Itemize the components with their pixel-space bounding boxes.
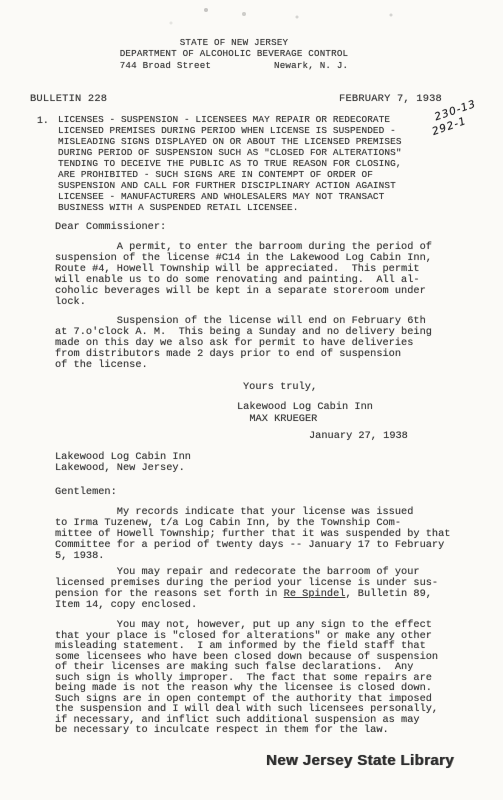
item-headnote: LICENSES - SUSPENSION - LICENSEES MAY RE… [58,114,402,213]
bulletin-number: BULLETIN 228 [30,93,107,105]
letterhead-department-line: DEPARTMENT OF ALCOHOLIC BEVERAGE CONTROL [28,48,440,59]
salutation-gentlemen: Gentlemen: [55,486,117,498]
bulletin-date: FEBRUARY 7, 1938 [339,93,442,105]
letter2-recipient-address: Lakewood Log Cabin Inn Lakewood, New Jer… [55,452,191,474]
letter2-paragraph-1: My records indicate that your license wa… [55,507,450,562]
salutation-commissioner: Dear Commissioner: [55,221,166,233]
letter1-signature-block: Lakewood Log Cabin Inn MAX KRUEGER [237,402,373,425]
letter1-paragraph-2: Suspension of the license will end on Fe… [55,316,432,371]
library-stamp: New Jersey State Library [266,752,454,769]
letter2-paragraph-3: You may not, however, put up any sign to… [55,620,438,736]
bulletin-row: BULLETIN 228 FEBRUARY 7, 1938 [30,93,442,105]
letter1-paragraph-1: A permit, to enter the barroom during th… [55,242,432,308]
letter2-paragraph-2: You may repair and redecorate the barroo… [55,567,438,611]
letterhead-address-line: 744 Broad Street Newark, N. J. [28,60,440,71]
letter1-closing: Yours truly, [243,381,317,393]
document-page: STATE OF NEW JERSEY DEPARTMENT OF ALCOHO… [0,0,503,800]
item-number: 1. [37,115,49,126]
letter2-date: January 27, 1938 [309,430,408,442]
letterhead-state-line: STATE OF NEW JERSEY [28,37,440,48]
paragraph2-citation: Re Spindel [284,588,346,600]
letterhead: STATE OF NEW JERSEY DEPARTMENT OF ALCOHO… [28,37,440,71]
scan-noise-specks [0,0,2,2]
